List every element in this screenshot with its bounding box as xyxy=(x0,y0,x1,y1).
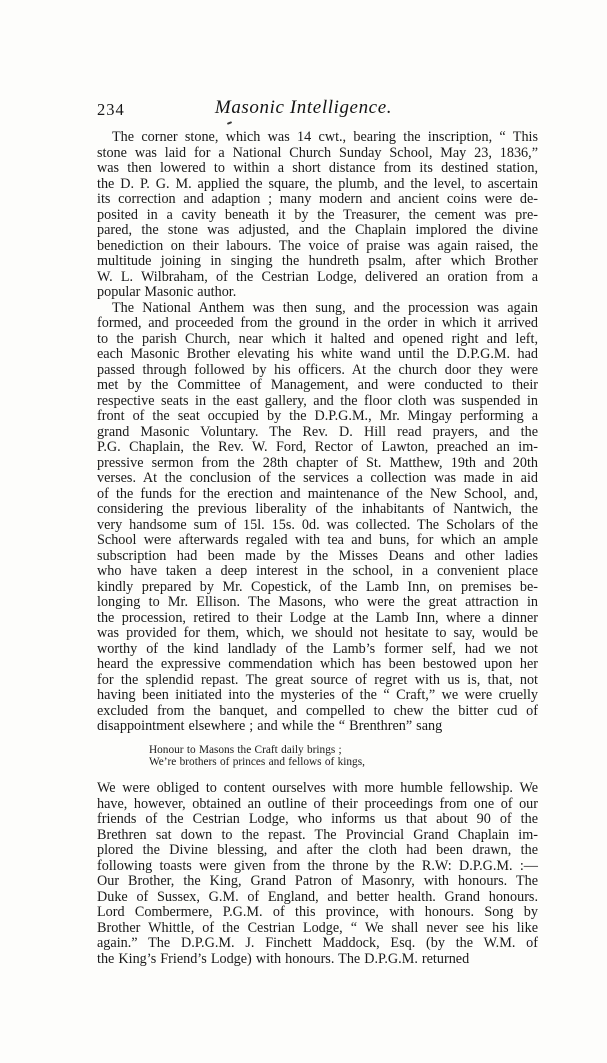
text-line: Brethren sat down to the repast. The Pro… xyxy=(97,828,538,844)
text-line: subscription had been made by the Misses… xyxy=(97,549,538,565)
text-line: met by the Committee of Management, and … xyxy=(97,378,538,394)
running-head: 234 Masonic Intelligence. xyxy=(97,97,538,123)
verse-couplet: Honour to Masons the Craft daily brings … xyxy=(149,744,538,770)
text-line: for the splendid repast. The great sourc… xyxy=(97,673,538,689)
ink-speck xyxy=(227,121,232,125)
text-line: verses. At the conclusion of the service… xyxy=(97,471,538,487)
text-line: respective seats in the east gallery, an… xyxy=(97,394,538,410)
text-line: front of the seat occupied by the D.P.G.… xyxy=(97,409,538,425)
text-line: Duke of Sussex, G.M. of England, and bet… xyxy=(97,890,538,906)
text-line: worthy of the kind landlady of the Lamb’… xyxy=(97,642,538,658)
text-line: considering the previous liberality of t… xyxy=(97,502,538,518)
text-line: the King’s Friend’s Lodge) with honours.… xyxy=(97,952,538,968)
text-line: pared, the stone was adjusted, and the C… xyxy=(97,223,538,239)
text-line: Our Brother, the King, Grand Patron of M… xyxy=(97,874,538,890)
text-line: following toasts were given from the thr… xyxy=(97,859,538,875)
text-line: grand Masonic Voluntary. The Rev. D. Hil… xyxy=(97,425,538,441)
text-line: Lord Combermere, P.G.M. of this province… xyxy=(97,905,538,921)
text-line: stone was laid for a National Church Sun… xyxy=(97,146,538,162)
text-line: the procession, retired to their Lodge a… xyxy=(97,611,538,627)
text-line: The corner stone, which was 14 cwt., bea… xyxy=(97,130,538,146)
text-line: The National Anthem was then sung, and t… xyxy=(97,301,538,317)
text-line: formed, and proceeded from the ground in… xyxy=(97,316,538,332)
text-line: was provided for them, which, we should … xyxy=(97,626,538,642)
text-line: pressive sermon from the 28th chapter of… xyxy=(97,456,538,472)
article-body: The corner stone, which was 14 cwt., bea… xyxy=(97,130,538,967)
text-line: We were obliged to content ourselves wit… xyxy=(97,781,538,797)
text-line: popular Masonic author. xyxy=(97,285,538,301)
text-line: was then lowered to within a short dista… xyxy=(97,161,538,177)
text-line: kindly prepared by Mr. Copestick, of the… xyxy=(97,580,538,596)
text-line: who have taken a deep interest in the sc… xyxy=(97,564,538,580)
text-line: very handsome sum of 15l. 15s. 0d. was c… xyxy=(97,518,538,534)
scanned-document-page: 234 Masonic Intelligence. The corner sto… xyxy=(0,0,607,1063)
paragraph-national-anthem: The National Anthem was then sung, and t… xyxy=(97,301,538,735)
text-line: Brother Whittle, of the Cestrian Lodge, … xyxy=(97,921,538,937)
text-line: the D. P. G. M. applied the square, the … xyxy=(97,177,538,193)
text-line: excluded from the banquet, and compelled… xyxy=(97,704,538,720)
text-line: School were afterwards regaled with tea … xyxy=(97,533,538,549)
text-line: have, however, obtained an outline of th… xyxy=(97,797,538,813)
text-line: multitude joining in singing the hundret… xyxy=(97,254,538,270)
text-line: each Masonic Brother elevating his white… xyxy=(97,347,538,363)
text-line: P.G. Chaplain, the Rev. W. Ford, Rector … xyxy=(97,440,538,456)
text-line: having been initiated into the mysteries… xyxy=(97,688,538,704)
text-line: benediction on their labours. The voice … xyxy=(97,239,538,255)
page-title: Masonic Intelligence. xyxy=(97,97,510,119)
text-line: We’re brothers of princes and fellows of… xyxy=(149,756,538,769)
text-line: passed through followed by his officers.… xyxy=(97,363,538,379)
text-line: again.” The D.P.G.M. J. Finchett Maddock… xyxy=(97,936,538,952)
paragraph-humble-fellowship: We were obliged to content ourselves wit… xyxy=(97,781,538,967)
text-line: longing to Mr. Ellison. The Masons, who … xyxy=(97,595,538,611)
text-line: plored the Divine blessing, and after th… xyxy=(97,843,538,859)
text-line: friends of the Cestrian Lodge, who infor… xyxy=(97,812,538,828)
text-line: heard the expressive commendation which … xyxy=(97,657,538,673)
text-line: Honour to Masons the Craft daily brings … xyxy=(149,744,538,757)
text-line: W. L. Wilbraham, of the Cestrian Lodge, … xyxy=(97,270,538,286)
text-line: to the parish Church, near which it halt… xyxy=(97,332,538,348)
text-line: disappointment elsewhere ; and while the… xyxy=(97,719,538,735)
text-line: its correction and adaption ; many moder… xyxy=(97,192,538,208)
text-line: of the funds for the erection and mainte… xyxy=(97,487,538,503)
paragraph-corner-stone: The corner stone, which was 14 cwt., bea… xyxy=(97,130,538,301)
text-line: posited in a cavity beneath it by the Tr… xyxy=(97,208,538,224)
